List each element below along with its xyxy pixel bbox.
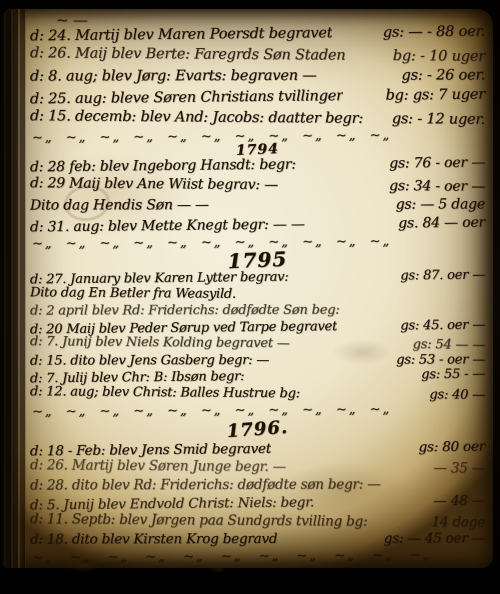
register-entry: d: 8. aug; blev Jørg: Evarts: begraven —… — [30, 65, 485, 87]
entry-amount: gs: 80 oer — [412, 438, 485, 457]
entry-text: Dito dag Hendis Søn — — — [30, 195, 209, 215]
register-section: 1796. d: 18 - Feb: blev Jens Smid begrav… — [30, 419, 485, 566]
register-sections: d: 24. Martij blev Maren Poersdt begrave… — [30, 24, 485, 566]
entry-text: d: 26. Martij blev Søren Junge begr. — — [30, 456, 286, 476]
register-entry: d: 26. Martij blev Søren Junge begr. — —… — [30, 456, 485, 478]
register-section: 1794 d: 28 feb: blev Ingeborg Hansdt: be… — [30, 144, 485, 251]
register-entry: d: 7. Junij blev Niels Kolding begravet … — [30, 334, 485, 354]
entry-text: d: 2 april blev Rd: Friderichs: dødfødte… — [30, 303, 340, 320]
book-binding-edge — [2, 9, 26, 568]
entry-text: d: 31. aug: blev Mette Knegt begr: — — — [30, 215, 305, 238]
entry-amount: gs: 87. oer — — [394, 268, 485, 285]
entry-amount: gs: — 45 oer — — [378, 529, 485, 547]
entry-amount: gs: — - 88 oer. — [377, 22, 485, 44]
entry-list: d: 24. Martij blev Maren Poersdt begrave… — [30, 24, 485, 129]
register-entry: d: 29 Maij blev Ane Wiist begrav: — gs: … — [30, 173, 485, 197]
entry-text: d: 26. Maij blev Berte: Faregrds Søn Sta… — [30, 43, 346, 66]
register-entry: d: 18. dito blev Kirsten Krog begravd gs… — [30, 529, 485, 548]
entry-text: d: 8. aug; blev Jørg: Evarts: begraven — — [30, 66, 317, 88]
entry-text: d: 11. Septb: blev Jørgen paa Sundgrds t… — [30, 510, 367, 531]
entry-list: d: 18 - Feb: blev Jens Smid begravet gs:… — [30, 440, 485, 548]
separator-squiggle: ~„ ~„ ~„ ~„ ~„ ~„ ~„ ~„ ~„ ~„ ~„ — [30, 546, 485, 567]
register-content: ~ — d: 24. Martij blev Maren Poersdt beg… — [30, 11, 485, 568]
register-section: d: 24. Martij blev Maren Poersdt begrave… — [30, 24, 485, 144]
entry-text: d: 29 Maij blev Ane Wiist begrav: — — [30, 173, 278, 195]
entry-list: d: 28 feb: blev Ingeborg Hansdt: begr: g… — [30, 155, 485, 235]
register-entry: d: 26. Maij blev Berte: Faregrds Søn Sta… — [30, 43, 485, 68]
entry-text: d: 28. dito blev Rd: Friderichs: dødfødt… — [30, 476, 381, 495]
entry-text: d: 18. dito blev Kirsten Krog begravd — [30, 530, 277, 549]
entry-text: d: 15. decemb: blev And: Jacobs: daatter… — [30, 106, 363, 130]
entry-amount: gs: 45. oer — — [394, 317, 485, 334]
entry-amount: — 48 — — [427, 492, 485, 511]
entry-amount: gs: 55 - — — [415, 367, 485, 384]
entry-amount: gs: — 5 dage — [390, 194, 485, 214]
entry-amount: bg: gs: 7 uger — [379, 85, 485, 107]
entry-amount: gs: - 26 oer. — [396, 65, 486, 86]
register-entry: d: 11. Septb: blev Jørgen paa Sundgrds t… — [30, 510, 485, 532]
entry-list: d: 27. January blev Karen Lytter begrav:… — [30, 270, 485, 402]
entry-text: d: 15. dito blev Jens Gasberg begr: — — [30, 352, 269, 369]
entry-amount: gs: 76 - oer — — [383, 153, 485, 174]
entry-amount: gs. 84 — oer — [392, 213, 485, 234]
entry-text: Dito dag En Betler fra Weasyild. — [30, 285, 236, 303]
register-page: ~ — d: 24. Martij blev Maren Poersdt beg… — [2, 9, 493, 568]
entry-text: d: 12. aug; blev Christ: Balles Hustrue … — [30, 384, 300, 403]
scanned-register-photo: ~ — d: 24. Martij blev Maren Poersdt beg… — [0, 0, 500, 594]
entry-text: d: 7. Junij blev Niels Kolding begravet … — [30, 334, 290, 353]
register-section: 1795 d: 27. January blev Karen Lytter be… — [30, 251, 485, 419]
